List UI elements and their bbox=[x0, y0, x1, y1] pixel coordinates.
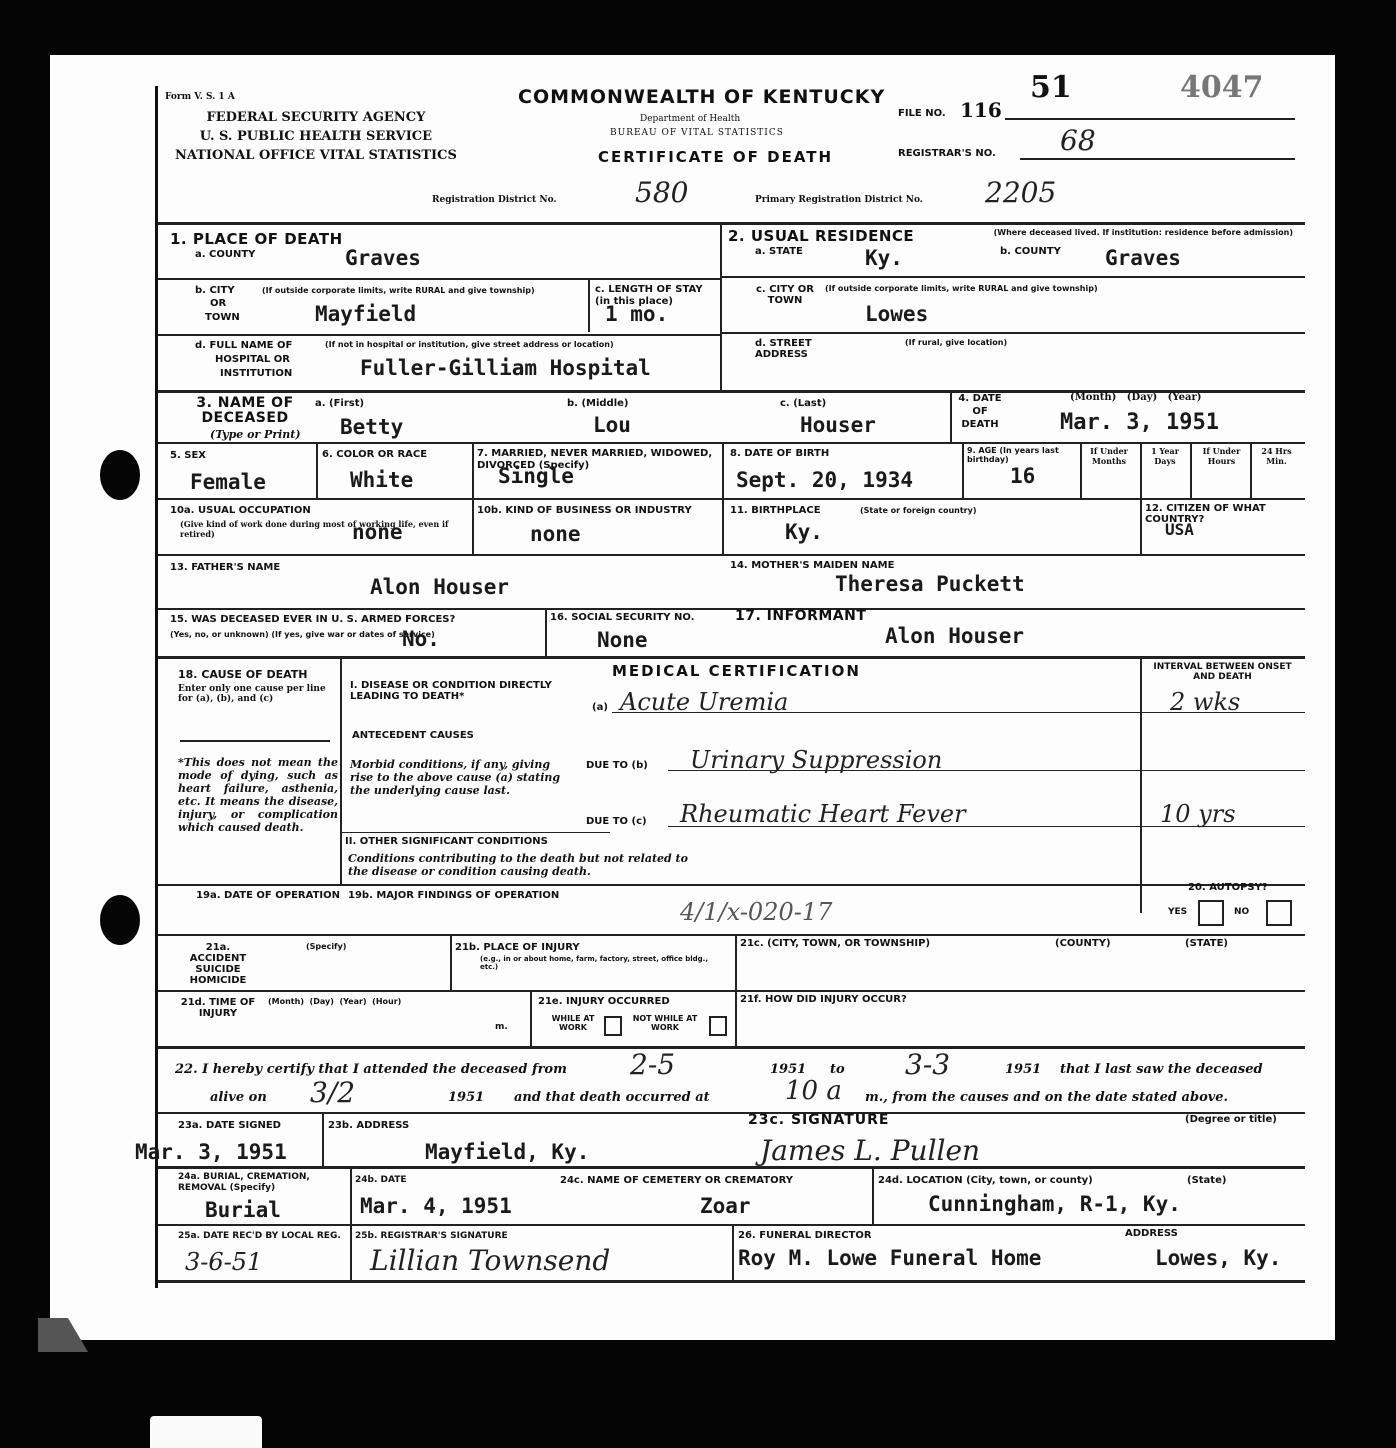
agency-line: NATIONAL OFFICE VITAL STATISTICS bbox=[175, 146, 457, 165]
certify-line-end: that I last saw the deceased bbox=[1060, 1062, 1263, 1077]
burial-label: 24a. BURIAL, CREMATION, REMOVAL (Specify… bbox=[178, 1172, 348, 1194]
due-to-b-label: DUE TO (b) bbox=[586, 760, 648, 771]
race-label: 6. COLOR OR RACE bbox=[322, 449, 427, 460]
divider bbox=[720, 276, 1305, 278]
divider bbox=[158, 934, 1305, 936]
disposition-type: Burial bbox=[205, 1198, 281, 1222]
file-no-number: 4047 bbox=[1180, 70, 1264, 105]
business-label: 10b. KIND OF BUSINESS OR INDUSTRY bbox=[477, 505, 717, 516]
length-of-stay: 1 mo. bbox=[605, 302, 668, 326]
injury-county-label: (COUNTY) bbox=[1055, 938, 1111, 949]
city-or-label: OR bbox=[210, 298, 226, 309]
death-occurred-label: and that death occurred at bbox=[514, 1090, 710, 1105]
marital-status: Single bbox=[498, 464, 574, 488]
divider bbox=[180, 740, 330, 742]
registrar-no: 68 bbox=[1060, 124, 1096, 157]
registrar-no-label: REGISTRAR'S NO. bbox=[898, 148, 996, 159]
divider bbox=[158, 1166, 1305, 1169]
bureau: BUREAU OF VITAL STATISTICS bbox=[610, 128, 784, 138]
burial-location-label: 24d. LOCATION (City, town, or county) bbox=[878, 1175, 1093, 1186]
registrar-signature-label: 25b. REGISTRAR'S SIGNATURE bbox=[355, 1231, 508, 1241]
divider bbox=[158, 608, 1305, 610]
burial-location: Cunningham, R-1, Ky. bbox=[928, 1192, 1181, 1216]
race: White bbox=[350, 468, 413, 492]
funeral-address-label: ADDRESS bbox=[1125, 1228, 1178, 1239]
divider bbox=[530, 990, 532, 1046]
film-tab bbox=[150, 1416, 262, 1448]
sex-label: 5. SEX bbox=[170, 450, 206, 461]
middle-name: Lou bbox=[593, 413, 631, 437]
age-label: 9. AGE (In years last birthday) bbox=[967, 446, 1075, 464]
first-name-label: a. (First) bbox=[315, 398, 364, 409]
autopsy-label: 20. AUTOPSY? bbox=[1188, 882, 1268, 893]
mother-label: 14. MOTHER'S MAIDEN NAME bbox=[730, 560, 894, 571]
divider bbox=[720, 222, 722, 392]
name-sub-label: (Type or Print) bbox=[210, 428, 301, 441]
divider bbox=[668, 770, 1305, 771]
alive-on-label: alive on bbox=[210, 1090, 267, 1105]
burial-state-label: (State) bbox=[1187, 1175, 1226, 1186]
autopsy-no-label: NO bbox=[1234, 907, 1249, 917]
city-town-label: TOWN bbox=[205, 312, 240, 323]
accident-label: 21a. ACCIDENT SUICIDE HOMICIDE bbox=[178, 942, 258, 986]
divider bbox=[158, 278, 720, 280]
divider bbox=[158, 334, 720, 336]
certify-line-start: 22. I hereby certify that I attended the… bbox=[175, 1062, 567, 1077]
not-at-work-checkbox[interactable] bbox=[709, 1016, 727, 1036]
cemetery-name: Zoar bbox=[700, 1194, 751, 1218]
armed-forces-note: (Yes, no, or unknown) (If yes, give war … bbox=[170, 630, 435, 639]
autopsy-yes-label: YES bbox=[1168, 907, 1187, 917]
father-label: 13. FATHER'S NAME bbox=[170, 562, 280, 573]
operation-findings: 4/1/x-020-17 bbox=[680, 898, 832, 926]
name-label: 3. NAME OF DECEASED bbox=[170, 396, 320, 426]
divider bbox=[158, 990, 1305, 992]
age-months-label: If Under Months bbox=[1084, 446, 1134, 466]
file-no-label: FILE NO. bbox=[898, 108, 946, 119]
age-min-label: 24 Hrs Min. bbox=[1254, 446, 1299, 466]
date-of-birth: Sept. 20, 1934 bbox=[736, 468, 913, 492]
physician-signature: James L. Pullen bbox=[760, 1134, 980, 1167]
divider bbox=[962, 442, 964, 498]
department: Department of Health bbox=[640, 114, 740, 124]
page-title: COMMONWEALTH OF KENTUCKY bbox=[518, 86, 885, 108]
dod-columns: (Month) (Day) (Year) bbox=[1070, 392, 1202, 403]
antecedent-label: ANTECEDENT CAUSES bbox=[352, 730, 474, 741]
divider bbox=[1140, 658, 1142, 913]
residence-city-label: c. CITY OR TOWN bbox=[755, 284, 815, 306]
divider bbox=[158, 554, 1305, 556]
dod-label: 4. DATE OF DEATH bbox=[955, 392, 1005, 431]
last-name: Houser bbox=[800, 413, 876, 437]
sex: Female bbox=[190, 470, 266, 494]
other-conditions-label: II. OTHER SIGNIFICANT CONDITIONS bbox=[345, 836, 548, 847]
accident-specify: (Specify) bbox=[306, 942, 346, 951]
residence-county-label: b. COUNTY bbox=[1000, 246, 1061, 257]
divider bbox=[950, 390, 952, 442]
funeral-director-label: 26. FUNERAL DIRECTOR bbox=[738, 1230, 872, 1241]
degree-label: (Degree or title) bbox=[1185, 1114, 1277, 1125]
certificate-title: CERTIFICATE OF DEATH bbox=[598, 148, 833, 166]
due-to-c-label: DUE TO (c) bbox=[586, 816, 647, 827]
alive-on-date: 3/2 bbox=[310, 1076, 355, 1109]
divider bbox=[450, 934, 452, 990]
attended-from-year: 1951 bbox=[770, 1062, 806, 1077]
cause-footnote: *This does not mean the mode of dying, s… bbox=[178, 756, 338, 834]
agency-block: FEDERAL SECURITY AGENCY U. S. PUBLIC HEA… bbox=[175, 108, 457, 165]
divider bbox=[872, 1168, 874, 1224]
divider bbox=[588, 278, 590, 332]
father-name: Alon Houser bbox=[370, 575, 509, 599]
hospital-name: Fuller-Gilliam Hospital bbox=[360, 356, 651, 380]
residence-title: 2. USUAL RESIDENCE bbox=[728, 227, 914, 245]
interval-a: 2 wks bbox=[1170, 688, 1240, 716]
divider bbox=[158, 884, 1305, 886]
birthplace: Ky. bbox=[785, 520, 823, 544]
at-work-label: WHILE AT WORK bbox=[538, 1014, 608, 1032]
time-of-injury-label: 21d. TIME OF INJURY bbox=[178, 997, 258, 1019]
cause-note: Enter only one cause per line for (a), (… bbox=[178, 684, 336, 704]
divider bbox=[1080, 442, 1082, 498]
how-injury-label: 21f. HOW DID INJURY OCCUR? bbox=[740, 994, 907, 1005]
operation-findings-label: 19b. MAJOR FINDINGS OF OPERATION bbox=[348, 890, 559, 901]
divider bbox=[158, 1280, 1305, 1283]
date-signed-label: 23a. DATE SIGNED bbox=[178, 1120, 281, 1131]
injury-state-label: (STATE) bbox=[1185, 938, 1228, 949]
at-work-checkbox[interactable] bbox=[604, 1016, 622, 1036]
residence-city: Lowes bbox=[865, 302, 928, 326]
state-label: a. STATE bbox=[755, 246, 803, 257]
divider bbox=[158, 1112, 1305, 1114]
age-days-label: 1 Year Days bbox=[1144, 446, 1186, 466]
street-note: (If rural, give location) bbox=[905, 338, 1007, 347]
address-label: 23b. ADDRESS bbox=[328, 1120, 409, 1131]
divider bbox=[158, 498, 1305, 500]
primary-district-label: Primary Registration District No. bbox=[755, 195, 923, 205]
place-of-injury-note: (e.g., in or about home, farm, factory, … bbox=[480, 955, 720, 971]
interval-c: 10 yrs bbox=[1160, 800, 1236, 828]
armed-forces: No. bbox=[402, 627, 440, 651]
divider bbox=[1190, 442, 1192, 498]
agency-line: U. S. PUBLIC HEALTH SERVICE bbox=[175, 127, 457, 146]
divider bbox=[1005, 118, 1295, 120]
divider bbox=[340, 658, 342, 886]
cause-of-death-label: 18. CAUSE OF DEATH bbox=[178, 668, 307, 681]
divider bbox=[158, 442, 1305, 444]
burial-date-label: 24b. DATE bbox=[355, 1175, 407, 1185]
divider bbox=[1140, 442, 1142, 498]
divider bbox=[545, 608, 547, 656]
divider bbox=[158, 222, 1305, 225]
residence-state: Ky. bbox=[865, 246, 903, 270]
registrar-signature: Lillian Townsend bbox=[370, 1244, 610, 1277]
cause-c: Rheumatic Heart Fever bbox=[680, 800, 966, 828]
divider bbox=[1250, 442, 1252, 498]
time-m: m. bbox=[495, 1022, 508, 1032]
divider bbox=[1020, 158, 1295, 160]
cause-a-marker: (a) bbox=[592, 702, 608, 713]
certifier-address: Mayfield, Ky. bbox=[425, 1140, 589, 1164]
residence-note: (Where deceased lived. If institution: r… bbox=[968, 228, 1293, 237]
divider bbox=[720, 332, 1305, 334]
age-hours-label: If Under Hours bbox=[1194, 446, 1249, 466]
divider bbox=[732, 1224, 734, 1280]
armed-forces-label: 15. WAS DECEASED EVER IN U. S. ARMED FOR… bbox=[170, 614, 610, 625]
reg-district: 580 bbox=[635, 176, 688, 209]
antecedent-note: Morbid conditions, if any, giving rise t… bbox=[350, 758, 565, 797]
divider bbox=[158, 656, 1305, 659]
autopsy-no-checkbox[interactable] bbox=[1266, 900, 1292, 926]
attended-to-date: 3-3 bbox=[905, 1048, 950, 1081]
ssn-label: 16. SOCIAL SECURITY NO. bbox=[550, 612, 718, 623]
burial-date: Mar. 4, 1951 bbox=[360, 1194, 512, 1218]
citizenship: USA bbox=[1165, 520, 1194, 539]
punch-hole bbox=[100, 895, 140, 945]
time-of-injury-columns: (Month) (Day) (Year) (Hour) bbox=[268, 997, 401, 1006]
business: none bbox=[530, 522, 581, 546]
file-no-prefix: 116 bbox=[960, 98, 1002, 122]
alive-on-year: 1951 bbox=[448, 1090, 484, 1105]
city-note: (If outside corporate limits, write RURA… bbox=[262, 286, 535, 295]
disease-condition-label: I. DISEASE OR CONDITION DIRECTLY LEADING… bbox=[350, 680, 590, 702]
attended-to-year: 1951 bbox=[1005, 1062, 1041, 1077]
funeral-director: Roy M. Lowe Funeral Home bbox=[738, 1246, 1041, 1270]
occupation-label: 10a. USUAL OCCUPATION bbox=[170, 505, 311, 516]
date-of-death: Mar. 3, 1951 bbox=[1060, 410, 1219, 435]
place-of-injury-label: 21b. PLACE OF INJURY bbox=[455, 942, 580, 953]
agency-line: FEDERAL SECURITY AGENCY bbox=[175, 108, 457, 127]
informant: Alon Houser bbox=[885, 624, 1024, 648]
punch-hole bbox=[100, 450, 140, 500]
medical-section-title: MEDICAL CERTIFICATION bbox=[612, 662, 861, 680]
signature-label: 23c. SIGNATURE bbox=[748, 1112, 889, 1128]
attended-from-date: 2-5 bbox=[630, 1048, 675, 1081]
to-label: to bbox=[830, 1062, 845, 1077]
hospital-label: HOSPITAL OR bbox=[215, 354, 290, 365]
death-time: 10 a bbox=[785, 1076, 842, 1106]
middle-name-label: b. (Middle) bbox=[567, 398, 628, 409]
not-at-work-label: NOT WHILE AT WORK bbox=[625, 1014, 705, 1032]
interval-label: INTERVAL BETWEEN ONSET AND DEATH bbox=[1145, 662, 1300, 682]
county-label: a. COUNTY bbox=[195, 249, 255, 260]
birthplace-note: (State or foreign country) bbox=[860, 506, 976, 515]
occupation-note: (Give kind of work done during most of w… bbox=[180, 519, 465, 539]
primary-district: 2205 bbox=[985, 176, 1056, 209]
divider bbox=[1140, 498, 1142, 554]
city-label: b. CITY bbox=[195, 285, 235, 296]
death-city: Mayfield bbox=[315, 302, 416, 326]
reg-district-label: Registration District No. bbox=[432, 195, 557, 205]
injury-occurred-label: 21e. INJURY OCCURRED bbox=[538, 996, 670, 1007]
social-security-no: None bbox=[597, 628, 648, 652]
operation-date-label: 19a. DATE OF OPERATION bbox=[180, 890, 340, 901]
residence-county: Graves bbox=[1105, 246, 1181, 270]
street-label: d. STREET ADDRESS bbox=[755, 338, 825, 360]
injury-city-label: 21c. (CITY, TOWN, OR TOWNSHIP) bbox=[740, 938, 930, 949]
place-of-death-title: 1. PLACE OF DEATH bbox=[170, 230, 343, 248]
certify-line-2-end: m., from the causes and on the date stat… bbox=[865, 1090, 1228, 1105]
divider bbox=[158, 1046, 1305, 1049]
death-county: Graves bbox=[345, 246, 421, 270]
divider bbox=[316, 442, 318, 498]
funeral-director-address: Lowes, Ky. bbox=[1155, 1246, 1281, 1270]
date-received: 3-6-51 bbox=[185, 1248, 262, 1276]
divider bbox=[340, 832, 610, 833]
age: 16 bbox=[1010, 464, 1035, 488]
file-no-year: 51 bbox=[1030, 70, 1072, 105]
last-name-label: c. (Last) bbox=[780, 398, 826, 409]
hospital-label: d. FULL NAME OF bbox=[195, 340, 292, 351]
cemetery-label: 24c. NAME OF CEMETERY OR CREMATORY bbox=[560, 1175, 793, 1186]
occupation: none bbox=[352, 520, 403, 544]
birthplace-label: 11. BIRTHPLACE bbox=[730, 505, 821, 516]
residence-city-note: (If outside corporate limits, write RURA… bbox=[825, 284, 1098, 293]
hospital-note: (If not in hospital or institution, give… bbox=[325, 340, 614, 349]
informant-label: 17. INFORMANT bbox=[735, 608, 866, 624]
mother-name: Theresa Puckett bbox=[835, 572, 1025, 596]
first-name: Betty bbox=[340, 415, 403, 439]
other-conditions-note: Conditions contributing to the death but… bbox=[348, 852, 688, 878]
autopsy-yes-checkbox[interactable] bbox=[1198, 900, 1224, 926]
form-number: Form V. S. 1 A bbox=[165, 92, 235, 102]
date-received-label: 25a. DATE REC'D BY LOCAL REG. bbox=[178, 1231, 346, 1242]
date-signed: Mar. 3, 1951 bbox=[135, 1140, 287, 1164]
divider bbox=[322, 1112, 324, 1168]
dob-label: 8. DATE OF BIRTH bbox=[730, 448, 829, 459]
hospital-label: INSTITUTION bbox=[220, 368, 292, 379]
